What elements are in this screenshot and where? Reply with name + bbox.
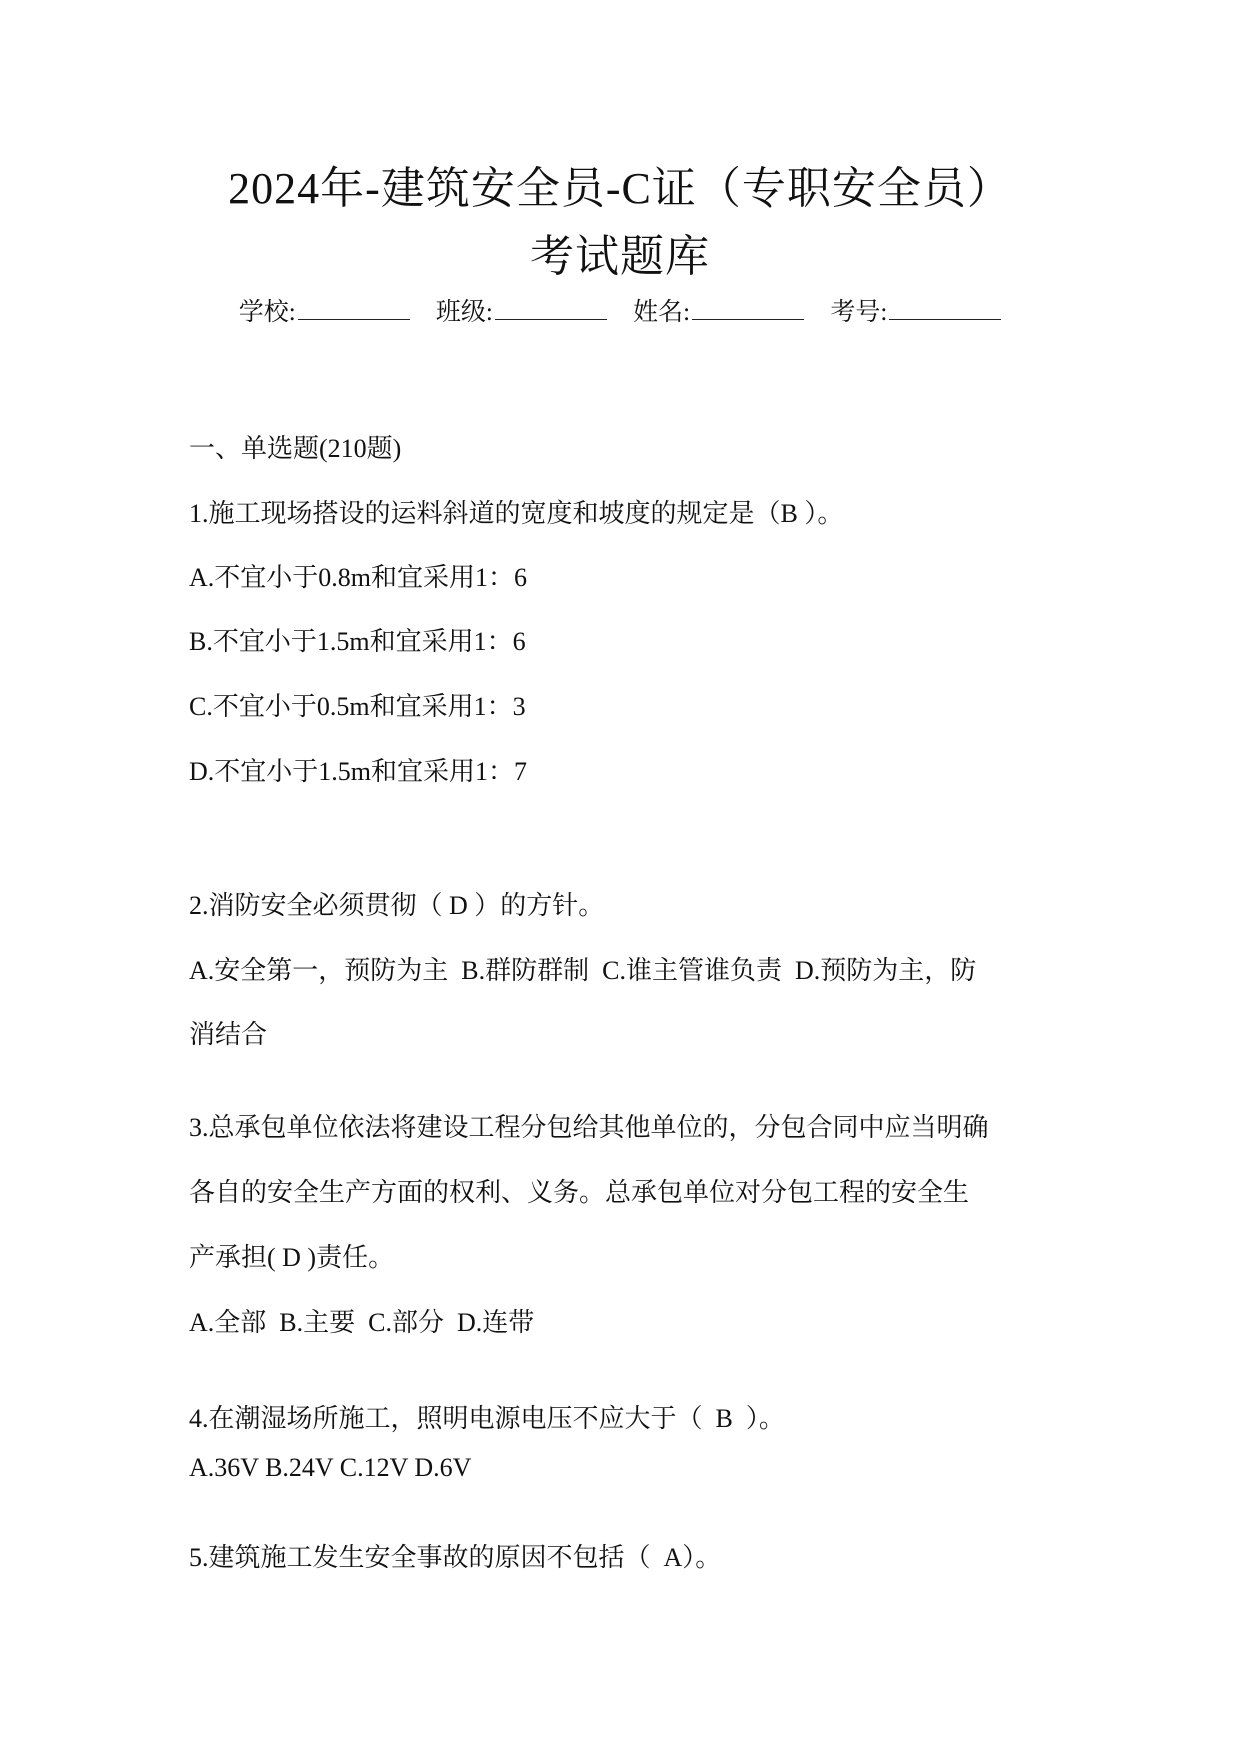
class-blank — [495, 297, 607, 320]
exam-number-field: 考号: — [830, 299, 1001, 326]
question-3-options: A.全部 B.主要 C.部分 D.连带 — [189, 1302, 534, 1339]
question-3-stem-line3: 产承担( D )责任。 — [189, 1237, 394, 1274]
question-1-stem: 1.施工现场搭设的运料斜道的宽度和坡度的规定是（B ）。 — [189, 493, 843, 530]
section-heading: 一、单选题(210题) — [189, 428, 401, 465]
question-4-stem: 4.在潮湿场所施工，照明电源电压不应大于（ B ）。 — [189, 1398, 785, 1435]
question-3-stem-line1: 3.总承包单位依法将建设工程分包给其他单位的，分包合同中应当明确 — [189, 1107, 989, 1144]
school-label: 学校: — [239, 299, 296, 326]
question-1-option-d: D.不宜小于1.5m和宜采用1：7 — [189, 751, 527, 788]
question-5-stem: 5.建筑施工发生安全事故的原因不包括（ A）。 — [189, 1537, 721, 1574]
question-1-option-c: C.不宜小于0.5m和宜采用1：3 — [189, 686, 526, 723]
question-3-stem-line2: 各自的安全生产方面的权利、义务。总承包单位对分包工程的安全生 — [189, 1172, 969, 1209]
document-title-line1: 2024年-建筑安全员-C证（专职安全员） — [0, 152, 1240, 216]
name-field: 姓名: — [633, 299, 804, 326]
question-4-options: A.36V B.24V C.12V D.6V — [189, 1453, 471, 1483]
student-info-row: 学校: 班级: 姓名: 考号: — [0, 292, 1240, 328]
class-field: 班级: — [436, 299, 607, 326]
class-label: 班级: — [436, 299, 493, 326]
name-blank — [692, 297, 804, 320]
question-1-option-b: B.不宜小于1.5m和宜采用1：6 — [189, 621, 526, 658]
question-2-options-line1: A.安全第一，预防为主 B.群防群制 C.谁主管谁负责 D.预防为主，防 — [189, 950, 976, 987]
question-1-option-a: A.不宜小于0.8m和宜采用1：6 — [189, 557, 527, 594]
question-2-stem: 2.消防安全必须贯彻（ D ）的方针。 — [189, 885, 604, 922]
document-title-line2: 考试题库 — [0, 220, 1240, 284]
exam-number-blank — [889, 297, 1001, 320]
name-label: 姓名: — [633, 299, 690, 326]
school-field: 学校: — [239, 299, 410, 326]
exam-number-label: 考号: — [830, 299, 887, 326]
school-blank — [298, 297, 410, 320]
question-2-options-line2: 消结合 — [189, 1014, 267, 1051]
